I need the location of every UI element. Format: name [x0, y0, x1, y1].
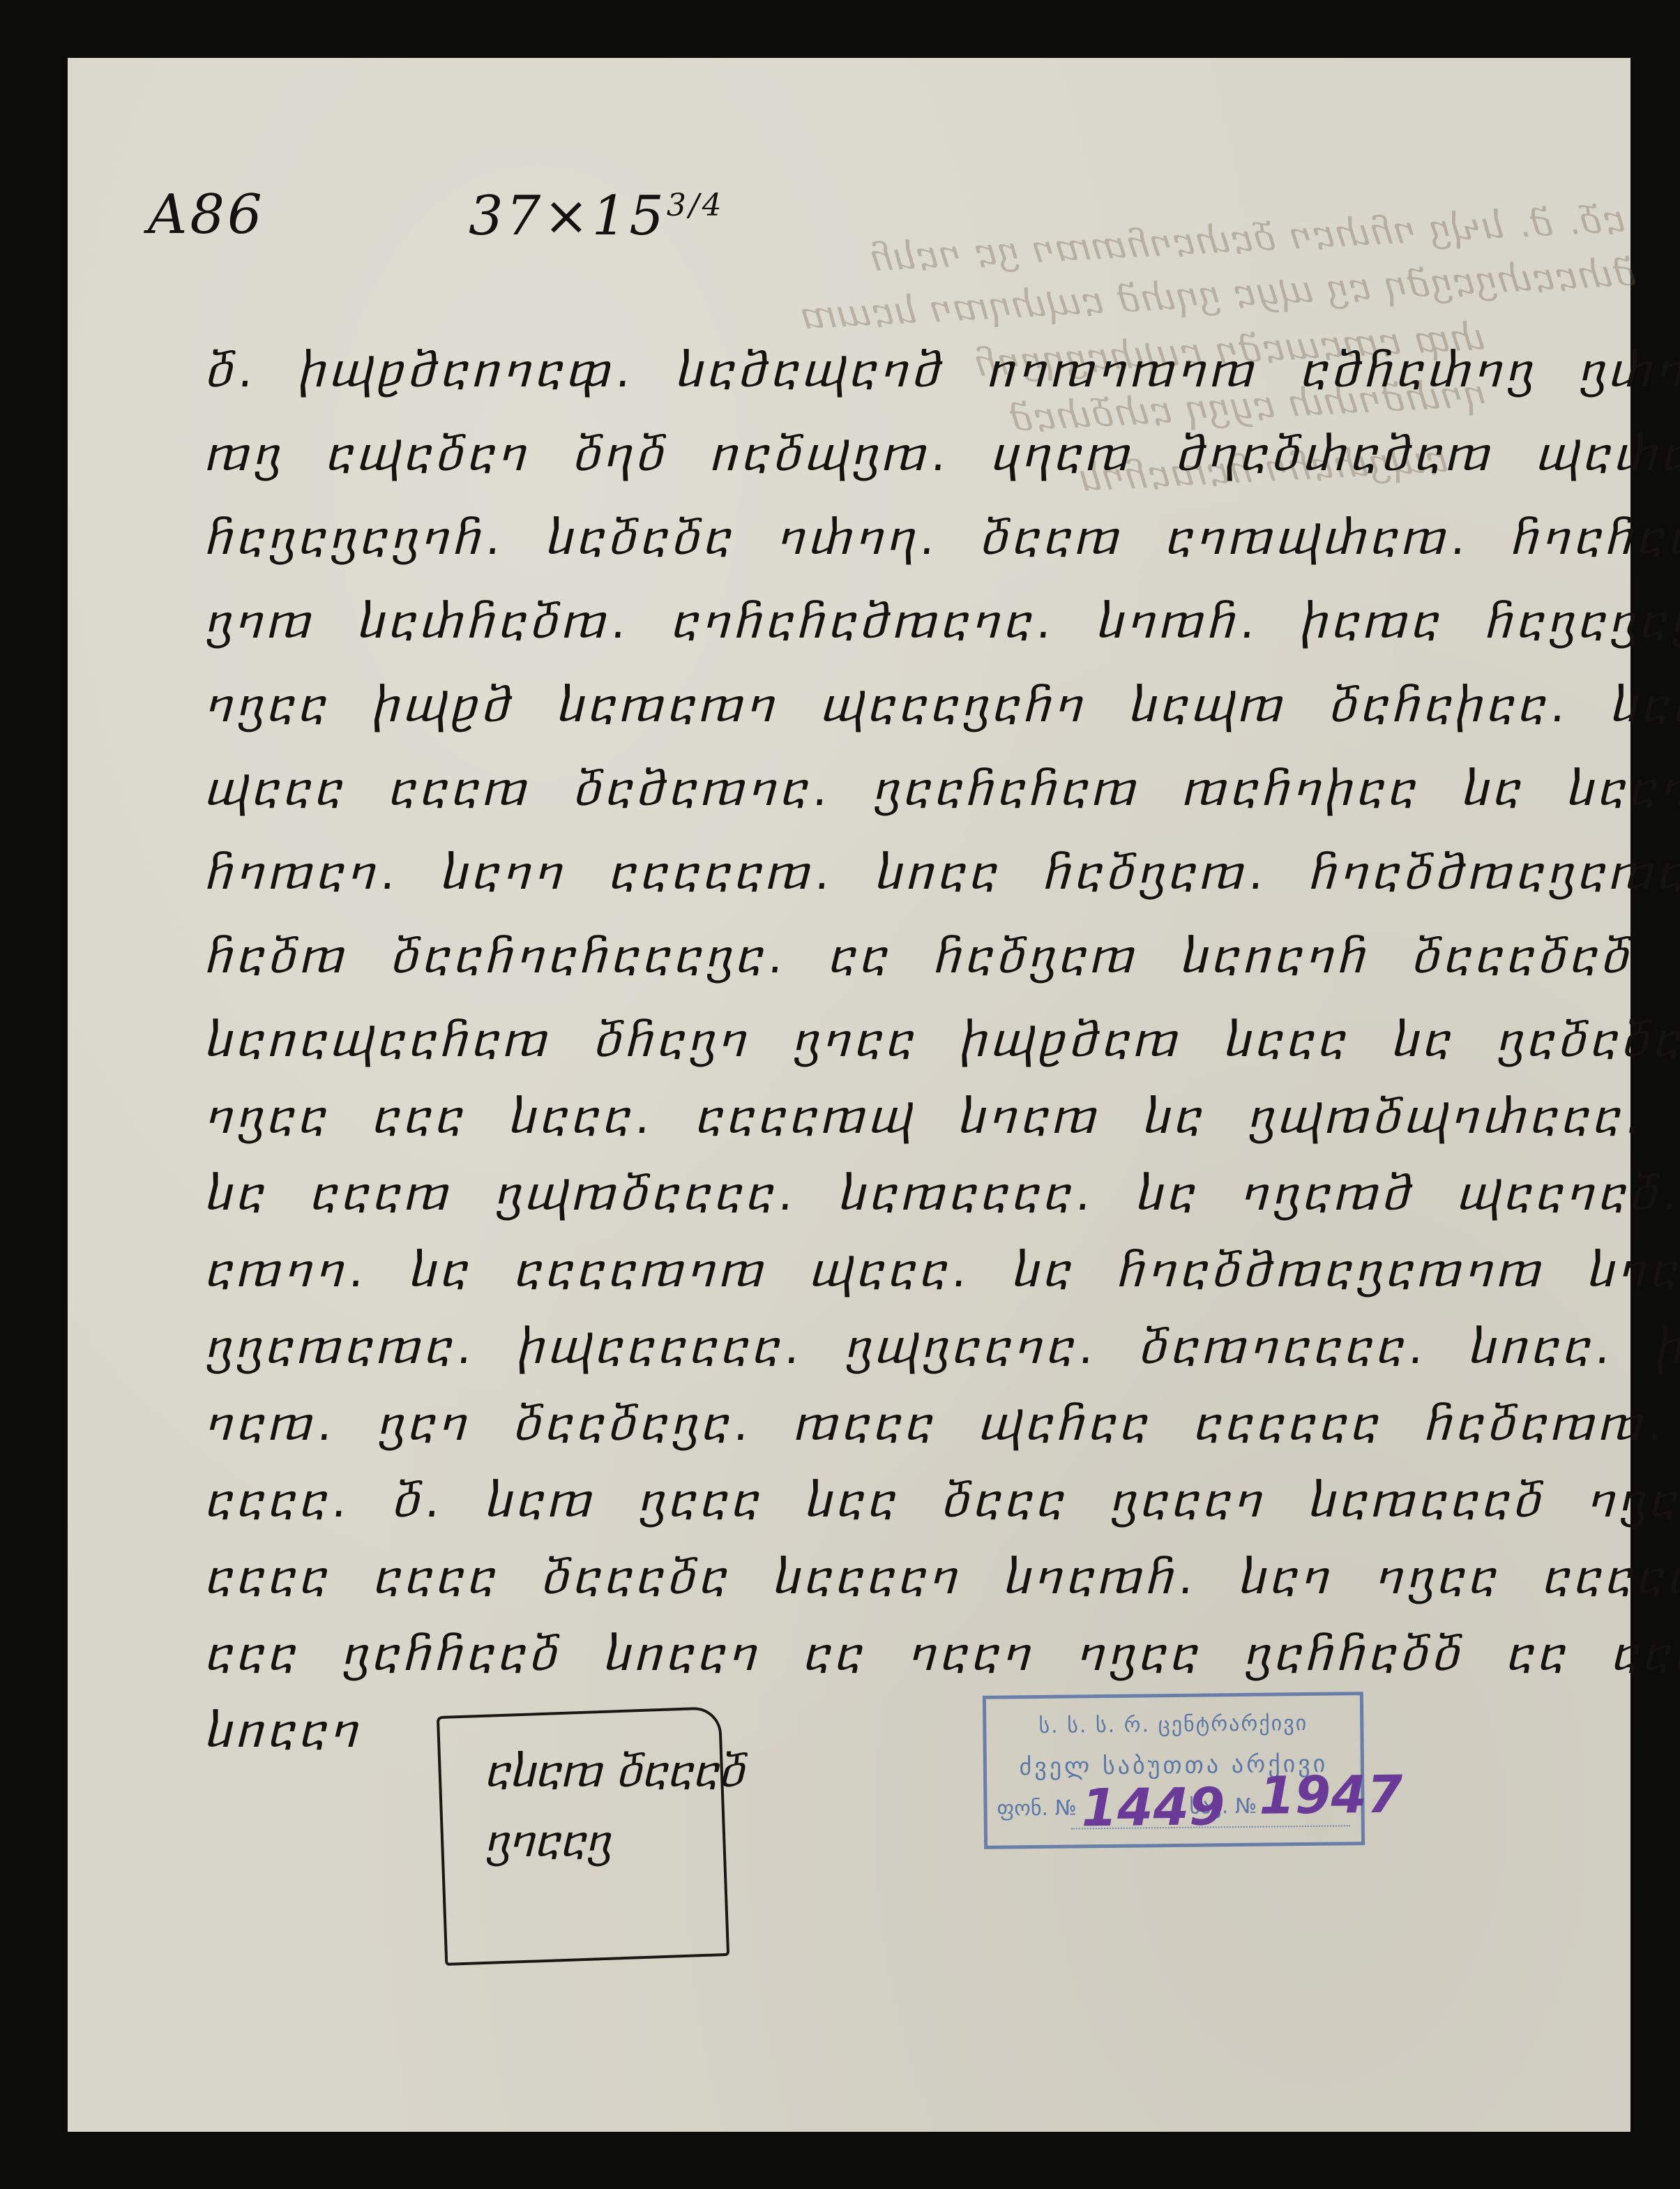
body-line: ⴌⴈⴊⴀⴈ. ⴑⴀⴈⴈ ⴀⴀⴀⴀⴀⴊ. ⴑⴖⴀⴀ ⴌⴀⴃⴂⴀⴊ. ⴌⴈⴀⴃⴋⴊⴀ…	[204, 846, 1680, 900]
stamp-file-number: 1947	[1259, 1765, 1403, 1826]
body-line: ⴂⴈⴊ ⴑⴀⴐⴌⴀⴃⴊ. ⴀⴈⴌⴀⴌⴀⴋⴊⴀⴈⴀ. ⴑⴈⴊⴌ. ⴙⴀⴊⴀ ⴌⴀⴂ…	[204, 595, 1680, 649]
stamp-archive-name: ს. ს. ს. რ. ცენტრარქივი	[986, 1710, 1360, 1739]
body-line: ⴑⴀⴖⴀⴓⴀⴀⴌⴀⴊ ⴃⴌⴀⴂⴈ ⴂⴈⴀⴀ ⴙⴓⴒⴋⴀⴊ ⴑⴀⴀⴀ ⴑⴀ ⴂⴀⴃ…	[204, 1014, 1680, 1067]
body-line: ⴓⴀⴀⴀ ⴀⴀⴀⴊ ⴃⴀⴋⴀⴊⴈⴀ. ⴂⴀⴀⴌⴀⴌⴀⴊ ⴊⴀⴌⴈⴙⴀⴀ ⴑⴀ ⴑ…	[204, 762, 1680, 816]
body-line: ⴀⴀⴀⴀ. ⴃ. ⴑⴀⴊ ⴂⴀⴀⴀ ⴑⴀⴀ ⴃⴀⴀⴀ ⴂⴀⴀⴀⴈ ⴑⴀⴊⴀⴀⴀⴃ…	[204, 1474, 1680, 1528]
archive-stamp: ს. ს. ს. რ. ცენტრარქივი ძველ საბუთთა არქ…	[983, 1692, 1365, 1849]
body-line: ⴈⴀⴊ. ⴂⴀⴈ ⴃⴀⴀⴃⴀⴂⴀ. ⴊⴀⴀⴀ ⴓⴀⴌⴀⴀ ⴀⴀⴀⴀⴀⴀ ⴌⴀⴃⴀ…	[204, 1397, 1680, 1451]
body-line: ⴀⴀⴀⴀ ⴀⴀⴀⴀ ⴃⴀⴀⴀⴃⴀ ⴑⴀⴀⴀⴀⴈ ⴑⴈⴀⴊⴌ. ⴑⴀⴈ ⴈⴂⴀⴀ …	[204, 1551, 1680, 1604]
signature-line: ⴂⴈⴀⴀⴂ	[486, 1816, 612, 1867]
body-line: ⴌⴀⴃⴊ ⴃⴀⴀⴌⴈⴀⴌⴀⴀⴀⴂⴀ. ⴀⴀ ⴌⴀⴃⴂⴀⴊ ⴑⴀⴖⴀⴈⴌ ⴃⴀⴀⴀ…	[204, 930, 1637, 984]
body-line: ⴃ. ⴙⴓⴒⴋⴀⴖⴈⴀⴔ. ⴑⴀⴋⴀⴓⴀⴈⴋ ⴖⴈⴊⴈⴊⴈⴊ ⴀⴋⴌⴀⴐⴈⴂ ⴂ…	[204, 344, 1680, 398]
body-line: ⴑⴀ ⴀⴀⴀⴊ ⴂⴓⴊⴃⴀⴀⴀⴀ. ⴑⴀⴊⴀⴀⴀⴀ. ⴑⴀ ⴈⴂⴀⴊⴋ ⴓⴀⴀⴈ…	[204, 1167, 1680, 1221]
body-line: ⴊⴂ ⴀⴓⴀⴃⴀⴈ ⴃⴄⴃ ⴖⴀⴃⴓⴂⴊ. ⴗⴄⴀⴊ ⴋⴄⴀⴃⴐⴀⴋⴀⴊ ⴓⴀⴐ…	[204, 428, 1680, 481]
body-line: ⴈⴂⴀⴀ ⴙⴓⴒⴋ ⴑⴀⴊⴀⴊⴈ ⴓⴀⴀⴀⴂⴀⴌⴈ ⴑⴀⴓⴊ ⴃⴀⴌⴀⴙⴀⴀ. …	[204, 679, 1680, 732]
body-line: ⴀⴀⴀ ⴂⴀⴌⴌⴀⴀⴃ ⴑⴖⴀⴀⴈ ⴀⴀ ⴈⴀⴀⴈ ⴈⴂⴀⴀ ⴂⴀⴌⴌⴀⴃⴃ ⴀ…	[204, 1627, 1680, 1681]
body-line: ⴑⴖⴀⴀⴈ	[204, 1704, 367, 1758]
body-line: ⴌⴀⴂⴀⴂⴀⴂⴈⴌ. ⴑⴀⴃⴀⴃⴀ ⴈⴐⴈⴄ. ⴃⴀⴀⴊ ⴀⴈⴊⴓⴐⴀⴊ. ⴌⴈ…	[204, 511, 1680, 565]
manuscript-page: ⴀⴃ. ⴋ. ⴑⴏⴂ ⴈⴌⴐⴀⴈ ⴃⴀⴐⴀⴈⴌⴇⴊⴈ ⴂⴀ ⴈⴀⴑⴌ ⴋⴐⴀⴀⴐ…	[68, 58, 1630, 2132]
body-line: ⴂⴂⴀⴊⴀⴊⴀ. ⴙⴓⴀⴀⴀⴀⴀⴀ. ⴂⴓⴂⴀⴀⴈⴀ. ⴃⴀⴊⴈⴀⴀⴀⴀ. ⴑⴖ…	[204, 1321, 1680, 1374]
stamp-fond-label: ფონ. №	[997, 1796, 1077, 1821]
body-line: ⴈⴂⴀⴀ ⴀⴀⴀ ⴑⴀⴀⴀ. ⴀⴀⴀⴀⴊⴓ ⴑⴈⴀⴊ ⴑⴀ ⴂⴓⴊⴃⴓⴈⴐⴀⴀⴀ…	[204, 1090, 1680, 1144]
body-line: ⴀⴊⴈⴈ. ⴑⴀ ⴀⴀⴀⴀⴊⴈⴊ ⴓⴀⴀⴀ. ⴑⴀ ⴌⴈⴀⴃⴋⴊⴀⴂⴀⴊⴈⴊ ⴑ…	[204, 1244, 1680, 1297]
manuscript-body: ⴃ. ⴙⴓⴒⴋⴀⴖⴈⴀⴔ. ⴑⴀⴋⴀⴓⴀⴈⴋ ⴖⴈⴊⴈⴊⴈⴊ ⴀⴋⴌⴀⴐⴈⴂ ⴂ…	[207, 58, 1602, 1732]
stamp-fond-number: 1449	[1081, 1777, 1225, 1838]
signature-line: ⴀⴑⴀⴊ ⴃⴀⴀⴀⴃ	[486, 1746, 746, 1797]
